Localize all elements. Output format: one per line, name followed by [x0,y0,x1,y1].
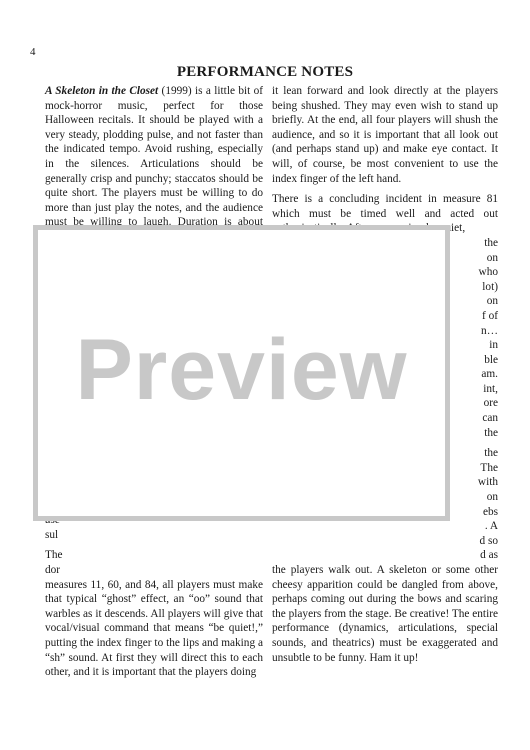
fragment: The [45,548,263,563]
page-number: 4 [30,45,36,59]
page-title: PERFORMANCE NOTES [0,64,530,81]
preview-watermark-label: Preview [75,327,407,413]
shush-paragraph: it lean forward and look directly at the… [272,84,498,186]
intro-text: (1999) is a little bit of mock-horror mu… [45,85,263,243]
fragment: sul [45,529,58,541]
fragment: d as [272,548,498,563]
fragment: dor [45,563,263,578]
fragment: . A [272,519,498,534]
finale-text: the players walk out. A skeleton or some… [272,564,498,664]
fragment: d so [272,534,498,549]
ghost-effect-text: measures 11, 60, and 84, all players mus… [45,579,263,679]
piece-title: A Skeleton in the Closet [45,85,158,97]
preview-watermark-overlay: Preview [33,225,450,521]
intro-paragraph: A Skeleton in the Closet (1999) is a lit… [45,84,263,245]
ghost-effect-paragraph: The dor measures 11, 60, and 84, all pla… [45,548,263,679]
